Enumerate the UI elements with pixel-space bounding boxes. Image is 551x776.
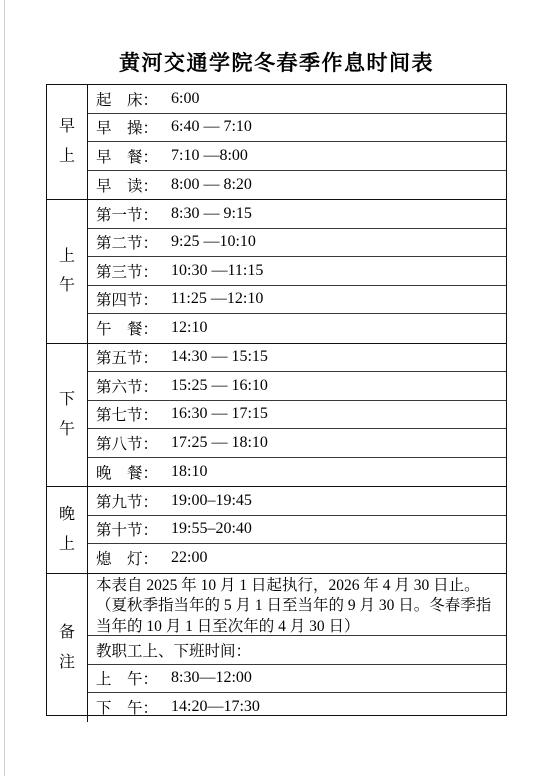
section-label: 早上 xyxy=(58,112,76,171)
row-time: 6:40 — 7:10 xyxy=(171,118,252,136)
row-label: 第四节： xyxy=(96,288,158,310)
row-label: 早 读： xyxy=(96,174,158,196)
row-label: 早 操： xyxy=(96,116,158,138)
schedule-row: 午 餐： 12:10 xyxy=(88,314,506,343)
section-label-cell: 下午 xyxy=(47,344,88,487)
row-label: 早 餐： xyxy=(96,145,158,167)
schedule-row: 下 午： 14:20—17:30 xyxy=(88,693,506,722)
row-label: 第六节： xyxy=(96,375,158,397)
row-time: 10:30 —11:15 xyxy=(171,262,263,280)
row-time: 19:55–20:40 xyxy=(171,520,252,538)
row-label: 下 午： xyxy=(96,696,158,718)
schedule-section: 晚上 第九节： 19:00–19:45 第十节： 19:55–20:40 熄 灯… xyxy=(47,487,506,574)
schedule-section: 上午 第一节： 8:30 — 9:15 第二节： 9:25 —10:10 第三节… xyxy=(47,200,506,344)
row-time: 8:30 — 9:15 xyxy=(171,205,252,223)
row-time: 11:25 —12:10 xyxy=(171,290,263,308)
row-label: 第二节： xyxy=(96,231,158,253)
page-edge-line xyxy=(4,0,5,776)
page-title: 黄河交通学院冬春季作息时间表 xyxy=(46,47,507,77)
section-label-cell: 晚上 xyxy=(47,487,88,573)
row-label: 第八节： xyxy=(96,432,158,454)
section-label: 上午 xyxy=(58,242,76,301)
schedule-row: 早 餐： 7:10 —8:00 xyxy=(88,142,506,171)
section-label-cell: 上午 xyxy=(47,200,88,343)
schedule-row: 第九节： 19:00–19:45 xyxy=(88,487,506,516)
schedule-row: 上 午： 8:30—12:00 xyxy=(88,665,506,694)
row-label: 上 午： xyxy=(96,667,158,689)
section-rows: 第一节： 8:30 — 9:15 第二节： 9:25 —10:10 第三节： 1… xyxy=(88,200,506,343)
row-label: 第五节： xyxy=(96,346,158,368)
section-rows: 第五节： 14:30 — 15:15 第六节： 15:25 — 16:10 第七… xyxy=(88,344,506,487)
row-time: 18:10 xyxy=(171,463,207,481)
section-rows: 本表自 2025 年 10 月 1 日起执行，2026 年 4 月 30 日止。… xyxy=(88,574,506,722)
schedule-row: 第二节： 9:25 —10:10 xyxy=(88,229,506,258)
schedule-row: 第七节： 16:30 — 17:15 xyxy=(88,401,506,430)
schedule-row: 起 床： 6:00 xyxy=(88,85,506,114)
schedule-section: 早上 起 床： 6:00 早 操： 6:40 — 7:10 早 餐： 7:10 … xyxy=(47,85,506,200)
schedule-row: 第十节： 19:55–20:40 xyxy=(88,516,506,545)
row-time: 9:25 —10:10 xyxy=(171,233,256,251)
row-label: 第九节： xyxy=(96,490,158,512)
row-label: 第一节： xyxy=(96,203,158,225)
schedule-row: 教职工上、下班时间： xyxy=(88,636,506,665)
row-label: 教职工上、下班时间： xyxy=(96,639,251,661)
row-time: 17:25 — 18:10 xyxy=(171,434,268,452)
schedule-row: 晚 餐： 18:10 xyxy=(88,458,506,487)
row-time: 8:30—12:00 xyxy=(171,669,252,687)
schedule-row: 第六节： 15:25 — 16:10 xyxy=(88,372,506,401)
section-rows: 第九节： 19:00–19:45 第十节： 19:55–20:40 熄 灯： 2… xyxy=(88,487,506,573)
row-time: 14:30 — 15:15 xyxy=(171,348,268,366)
schedule-section: 备注 本表自 2025 年 10 月 1 日起执行，2026 年 4 月 30 … xyxy=(47,574,506,722)
section-label: 备注 xyxy=(58,618,76,677)
schedule-row: 早 读： 8:00 — 8:20 xyxy=(88,171,506,200)
section-label-cell: 备注 xyxy=(47,574,88,722)
row-label: 第十节： xyxy=(96,518,158,540)
row-time: 7:10 —8:00 xyxy=(171,147,248,165)
schedule-row: 熄 灯： 22:00 xyxy=(88,544,506,573)
schedule-row: 第一节： 8:30 — 9:15 xyxy=(88,200,506,229)
section-rows: 起 床： 6:00 早 操： 6:40 — 7:10 早 餐： 7:10 —8:… xyxy=(88,85,506,199)
row-time: 12:10 xyxy=(171,319,207,337)
row-time: 6:00 xyxy=(171,90,199,108)
schedule-row: 第八节： 17:25 — 18:10 xyxy=(88,429,506,458)
schedule-row: 本表自 2025 年 10 月 1 日起执行，2026 年 4 月 30 日止。… xyxy=(88,574,506,637)
row-time: 8:00 — 8:20 xyxy=(171,176,252,194)
row-label: 本表自 2025 年 10 月 1 日起执行，2026 年 4 月 30 日止。… xyxy=(96,576,498,638)
row-time: 19:00–19:45 xyxy=(171,492,252,510)
section-label-cell: 早上 xyxy=(47,85,88,199)
schedule-row: 第五节： 14:30 — 15:15 xyxy=(88,344,506,373)
schedule-table: 早上 起 床： 6:00 早 操： 6:40 — 7:10 早 餐： 7:10 … xyxy=(46,84,507,716)
row-label: 午 餐： xyxy=(96,317,158,339)
schedule-row: 第三节： 10:30 —11:15 xyxy=(88,257,506,286)
row-label: 第三节： xyxy=(96,260,158,282)
schedule-section: 下午 第五节： 14:30 — 15:15 第六节： 15:25 — 16:10… xyxy=(47,344,506,488)
row-label: 熄 灯： xyxy=(96,547,158,569)
row-label: 起 床： xyxy=(96,88,158,110)
row-time: 14:20—17:30 xyxy=(171,698,260,716)
document-page: 黄河交通学院冬春季作息时间表 早上 起 床： 6:00 早 操： 6:40 — … xyxy=(0,0,551,776)
row-label: 第七节： xyxy=(96,403,158,425)
section-label: 晚上 xyxy=(58,500,76,559)
schedule-row: 早 操： 6:40 — 7:10 xyxy=(88,114,506,143)
row-time: 15:25 — 16:10 xyxy=(171,377,268,395)
schedule-row: 第四节： 11:25 —12:10 xyxy=(88,286,506,315)
section-label: 下午 xyxy=(58,385,76,444)
row-time: 22:00 xyxy=(171,549,207,567)
row-label: 晚 餐： xyxy=(96,461,158,483)
row-time: 16:30 — 17:15 xyxy=(171,405,268,423)
